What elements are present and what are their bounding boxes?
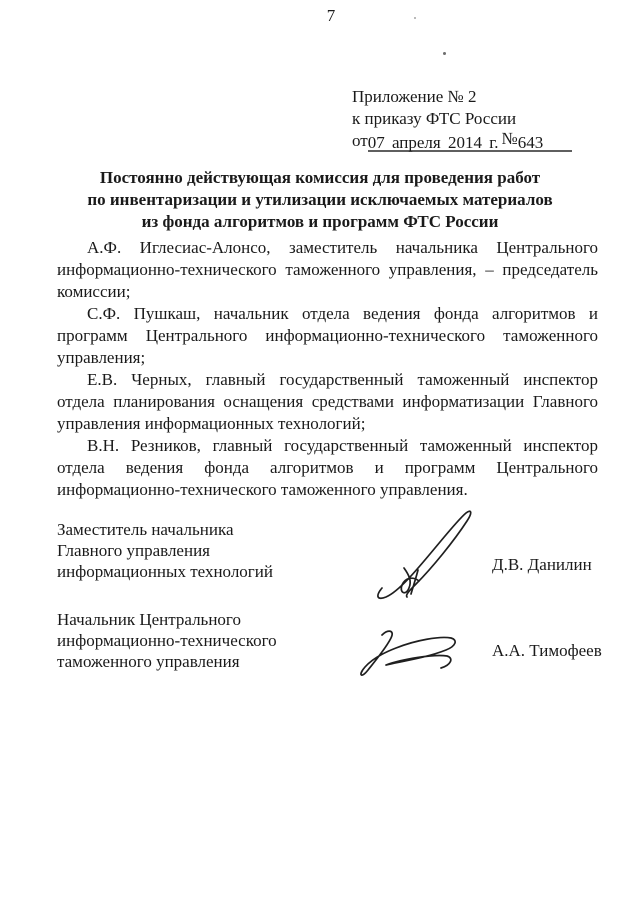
- signer-1-title: Заместитель начальника Главного управлен…: [57, 519, 273, 582]
- paragraph-member-2: С.Ф. Пушкаш, начальник отдела ведения фо…: [57, 303, 598, 369]
- title-line-3: из фонда алгоритмов и программ ФТС Росси…: [50, 211, 590, 233]
- signature-danilin-image: [374, 508, 478, 604]
- title-line-2: по инвентаризации и утилизации исключаем…: [50, 189, 590, 211]
- signature-timofeev-image: [358, 627, 464, 685]
- document-body: А.Ф. Иглесиас-Алонсо, заместитель началь…: [57, 237, 598, 501]
- paragraph-member-1: А.Ф. Иглесиас-Алонсо, заместитель началь…: [57, 237, 598, 303]
- signer-2-title-line-3: таможенного управления: [57, 651, 277, 672]
- signer-1-name: Д.В. Данилин: [492, 555, 592, 575]
- document-page: 7 Приложение № 2 к приказу ФТС России от…: [0, 0, 640, 905]
- appendix-date-line: от07 апреля 2014 г.№643: [352, 130, 572, 152]
- title-line-1: Постоянно действующая комиссия для прове…: [50, 167, 590, 189]
- signer-1-title-line-2: Главного управления: [57, 540, 273, 561]
- appendix-line-2: к приказу ФТС России: [352, 108, 572, 130]
- scan-artifact-dot: [414, 17, 416, 19]
- appendix-line-1: Приложение № 2: [352, 86, 572, 108]
- signer-2-title-line-2: информационно-технического: [57, 630, 277, 651]
- signer-2-title-line-1: Начальник Центрального: [57, 609, 277, 630]
- signer-1-title-line-1: Заместитель начальника: [57, 519, 273, 540]
- order-date: 07 апреля 2014 г.: [368, 133, 499, 152]
- document-title: Постоянно действующая комиссия для прове…: [50, 167, 590, 233]
- appendix-header: Приложение № 2 к приказу ФТС России от07…: [352, 86, 572, 152]
- number-sign: №: [502, 129, 518, 148]
- signer-1-title-line-3: информационных технологий: [57, 561, 273, 582]
- order-number: 643: [518, 133, 544, 152]
- paragraph-member-4: В.Н. Резников, главный государственный т…: [57, 435, 598, 501]
- signer-2-name: А.А. Тимофеев: [492, 641, 602, 661]
- signer-2-title: Начальник Центрального информационно-тех…: [57, 609, 277, 672]
- scan-artifact-dot: [443, 52, 446, 55]
- page-number: 7: [0, 6, 640, 26]
- date-prefix: от: [352, 131, 368, 150]
- paragraph-member-3: Е.В. Черных, главный государственный там…: [57, 369, 598, 435]
- date-blank-line: 07 апреля 2014 г.№643: [368, 132, 572, 152]
